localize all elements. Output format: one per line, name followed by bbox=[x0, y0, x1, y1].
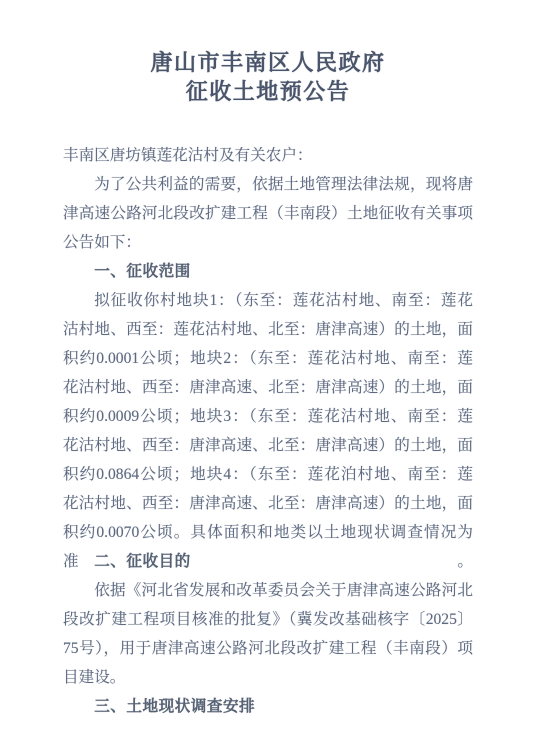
paragraph-line: 积约0.0009公顷；地块3：（东至：莲花沽村地、南至：莲 bbox=[63, 402, 473, 431]
paragraph-line: 积约0.0070公顷。具体面积和地类以土地现状调查情况为准。 bbox=[63, 518, 473, 547]
paragraph-line: 目建设。 bbox=[63, 663, 473, 692]
document-page: 唐山市丰南区人民政府 征收土地预公告 丰南区唐坊镇莲花沽村及有关农户： 为了公共… bbox=[0, 0, 533, 737]
paragraph-line: 为了公共利益的需要，依据土地管理法律法规，现将唐 bbox=[63, 170, 473, 199]
title-line-issuer: 唐山市丰南区人民政府 bbox=[63, 48, 473, 77]
paragraph-line: 依据《河北省发展和改革委员会关于唐津高速公路河北 bbox=[63, 576, 473, 605]
paragraph-line: 花沽村地、西至：唐津高速、北至：唐津高速）的土地，面 bbox=[63, 431, 473, 460]
title-line-subject: 征收土地预公告 bbox=[63, 77, 473, 106]
paragraph-line: 段改扩建工程项目核准的批复》（冀发改基础核字〔2025〕 bbox=[63, 605, 473, 634]
paragraph-line: 花沽村地、西至：唐津高速、北至：唐津高速）的土地，面 bbox=[63, 489, 473, 518]
paragraph-line: 积约0.0001公顷；地块2：（东至：莲花沽村地、南至：莲 bbox=[63, 344, 473, 373]
paragraph-line: 津高速公路河北段改扩建工程（丰南段）土地征收有关事项 bbox=[63, 199, 473, 228]
paragraph-line: 积约0.0864公顷；地块4：（东至：莲花泊村地、南至：莲 bbox=[63, 460, 473, 489]
document-body: 丰南区唐坊镇莲花沽村及有关农户： 为了公共利益的需要，依据土地管理法律法规，现将… bbox=[63, 141, 473, 721]
section-heading-1: 一、征收范围 bbox=[63, 257, 473, 286]
paragraph-line: 花沽村地、西至：唐津高速、北至：唐津高速）的土地，面 bbox=[63, 373, 473, 402]
paragraph-line: 75号），用于唐津高速公路河北段改扩建工程（丰南段）项 bbox=[63, 634, 473, 663]
paragraph-line: 拟征收你村地块1：（东至：莲花沽村地、南至：莲花 bbox=[63, 286, 473, 315]
salutation-line: 丰南区唐坊镇莲花沽村及有关农户： bbox=[63, 141, 473, 170]
paragraph-line: 沽村地、西至：莲花沽村地、北至：唐津高速）的土地，面 bbox=[63, 315, 473, 344]
paragraph-line: 公告如下： bbox=[63, 228, 473, 257]
section-heading-3: 三、土地现状调查安排 bbox=[63, 692, 473, 721]
document-title: 唐山市丰南区人民政府 征收土地预公告 bbox=[63, 48, 473, 106]
